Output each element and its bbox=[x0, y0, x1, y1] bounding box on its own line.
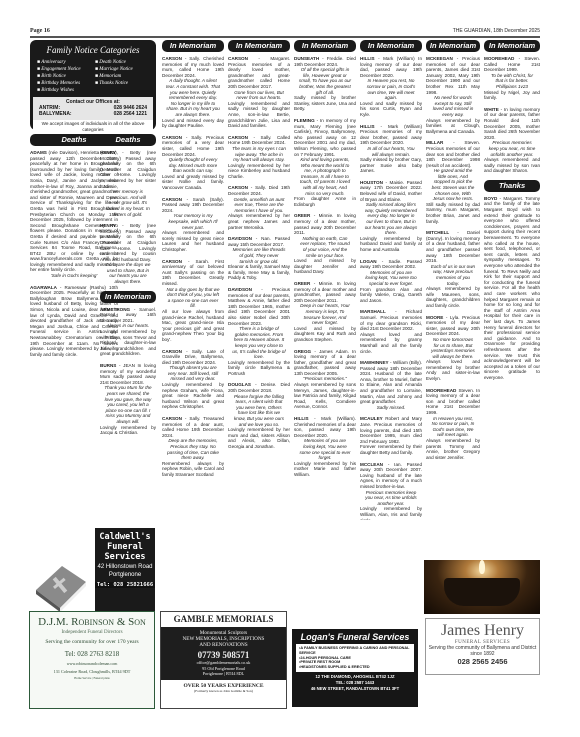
memoriam-banner-col5: In Memoriam bbox=[294, 40, 356, 52]
notice-entry: GREGG - James Adam. In loving memory of … bbox=[294, 349, 356, 411]
notice-signoff: Lovingly remembered by his mother Marie … bbox=[294, 461, 356, 478]
robinson-address: 131 Coleraine Road, Cloughmills, BT44 9D… bbox=[30, 669, 154, 674]
notice-entry: ARMSTRONG - Samuel. Passed away 16th Dec… bbox=[100, 307, 156, 357]
notice-verse: Thank you Mum for the years we shared, t… bbox=[100, 385, 156, 424]
notice-verse: To be with Christ, for that is far bette… bbox=[484, 73, 540, 90]
notice-verse: A daily thought. A silent tear. A consta… bbox=[162, 78, 224, 117]
notice-verse: Gone are the days we used to share, But … bbox=[100, 262, 156, 284]
notice-entry: MCAULEY Robert and Mary Jane. Precious m… bbox=[360, 416, 422, 455]
notice-entry: HILLIS - Mark (William) Precious memorie… bbox=[360, 124, 422, 174]
category-item: Marriage Notice bbox=[95, 66, 153, 73]
notice-entry: CARSON - Margaret. Precious memories of … bbox=[228, 56, 290, 129]
notice-entry: MCKEEGAN - Precious memories of our dear… bbox=[426, 56, 480, 134]
notice-entry: CARSON - Sally. Late of Granville Drive,… bbox=[162, 349, 224, 411]
category-item: Memoriam bbox=[95, 73, 153, 80]
category-item: Engagement Notice bbox=[37, 66, 95, 73]
notice-signoff: Loved and missed by daughter Jennifer an… bbox=[294, 258, 356, 275]
notice-signoff: Lovingly remembered by her niece Kimberl… bbox=[228, 163, 290, 180]
notice-entry: DOUGLAS - Denise. Died 20th December 201… bbox=[228, 382, 290, 449]
notice-verse: Deep in our hearts, Your memory is kept,… bbox=[294, 303, 356, 325]
notice-entry: LOGAN - Sadie. Passed away 19th December… bbox=[360, 259, 422, 304]
notice-entry: MILLAR - Steven. Precious memories of ou… bbox=[426, 140, 480, 224]
robinson-phone: Tel: 028 2763 8218 bbox=[30, 650, 154, 658]
notice-surname: MCKEEGAN bbox=[426, 56, 457, 61]
category-item: Thanks Notice bbox=[95, 80, 153, 87]
memoriam-banner-col6: In Memoriam bbox=[360, 40, 422, 52]
notice-surname: DAVIDSON bbox=[228, 236, 256, 241]
notice-surname: HENRY bbox=[100, 150, 122, 155]
notice-signoff: Missed by Nigel, Joy and family. bbox=[484, 90, 540, 101]
notice-verse: Memories are like threads of gold, They … bbox=[228, 247, 290, 264]
notice-signoff: Lovingly remembered by wife Elma, sons T… bbox=[100, 329, 156, 357]
logan-title: Logan's Funeral Services bbox=[292, 632, 418, 642]
notice-entry: MAWHINNEY - William (Billy). Passed away… bbox=[360, 360, 422, 410]
notice-signoff: Lovingly remembered by the family circle… bbox=[228, 360, 290, 377]
candle-flame-icon bbox=[479, 560, 485, 574]
caldwell-name: Caldwell's Funeral Services bbox=[95, 532, 155, 562]
notice-signoff: Sadly missed by brother Gary, partner Su… bbox=[360, 157, 422, 174]
notice-entry: DAVIDSON - Nan. Passed away 15th Decembe… bbox=[228, 236, 290, 281]
notice-entry: CARSON - Sally. Died 19th December 2024.… bbox=[228, 185, 290, 230]
notice-verse: Her memory is precious. And will never g… bbox=[100, 189, 156, 217]
notice-entry: MOOREHEAD - Steven. Called Home 21st Dec… bbox=[484, 56, 540, 101]
notice-signoff: Lovingly remembered by husband David and… bbox=[360, 236, 422, 253]
notice-verse: Please forgive the falling tears, A sile… bbox=[228, 394, 290, 428]
james-henry-phone: 028 2565 2456 bbox=[426, 657, 539, 666]
notice-signoff: Always remembered by parents Tommy and A… bbox=[426, 438, 480, 460]
thanks-banner: Thanks bbox=[484, 180, 540, 192]
notice-signoff: Loved and missed by daughters Kay and Ru… bbox=[294, 326, 356, 343]
notice-surname: ADAMS bbox=[30, 150, 49, 155]
notice-surname: CARSON bbox=[162, 416, 185, 421]
notice-entry: DUNSEATH - Freddie. Died 19th December 2… bbox=[294, 56, 356, 112]
notice-surname: HOUSTON bbox=[360, 180, 385, 185]
notice-signoff: Always remembered and sorely missed by g… bbox=[162, 230, 224, 252]
robinson-serving: Serving the community for over 170 years bbox=[30, 639, 154, 645]
notice-verse: In all of our hearts, You will always re… bbox=[360, 146, 422, 157]
notice-verse: Nothing on earth, Can ever replace, The … bbox=[294, 236, 356, 258]
notice-entry: MCCLEAN - Ian. Passed away 20th December… bbox=[360, 462, 422, 520]
robinson-name: D.J.M. Robinson & Son bbox=[30, 616, 154, 628]
notice-verse: In Heaven you rest, No sorrow or pain, I… bbox=[360, 78, 422, 100]
notice-entry: BOYD - Margaret. Tommy and the family of… bbox=[484, 196, 540, 381]
notice-signoff: Lovingly remembered and sadly missed by … bbox=[228, 101, 290, 129]
robinson-services: Home Service | Funeral plans bbox=[30, 676, 154, 680]
robinson-website: www.robinsonandcoleman.com bbox=[30, 661, 154, 666]
notice-signoff: Loved and sadly missed by his sons Curti… bbox=[360, 101, 422, 118]
notice-surname: CARSON bbox=[162, 56, 185, 61]
notice-signoff: Always remembered and sadly missed by so… bbox=[484, 157, 540, 174]
contact-offices: Contact our Offices at: ANTRIM:028 9446 … bbox=[33, 97, 153, 120]
notice-surname: WHITE bbox=[484, 107, 501, 112]
memoriam-banner-col2: In Memoriam bbox=[100, 291, 156, 303]
notice-entry: DAVIDSON - Precious memories of our dear… bbox=[228, 287, 290, 377]
notice-verse: Not a day goes by that we don't think of… bbox=[162, 287, 224, 309]
notice-verse: Precious memories keep you near, As time… bbox=[360, 490, 422, 507]
notice-surname: BURNS bbox=[100, 363, 119, 368]
notice-verse: Sadly missed. bbox=[360, 405, 422, 411]
notice-entry: CARSON - Sarah (Sally). Passed away 19th… bbox=[162, 197, 224, 253]
notice-signoff: All our love always from grand-niece Rac… bbox=[162, 309, 224, 343]
notice-verse: Though absent you are very near. Still l… bbox=[162, 365, 224, 382]
notice-signoff: From grandson Alan and family Valerie, C… bbox=[360, 287, 422, 304]
notice-verse: Sadly missed along life's way, Quietly r… bbox=[360, 202, 422, 236]
notice-verse: Kind and loving parents, Who meant the w… bbox=[294, 157, 356, 196]
notice-surname: HENRY bbox=[100, 223, 122, 228]
notice-surname: MOOREHEAD bbox=[484, 56, 519, 61]
gamble-phone: 07739 508571 bbox=[161, 650, 286, 660]
column-7: In Memoriam MCKEEGAN - Precious memories… bbox=[426, 40, 480, 466]
categories-title: Family Notice Categories bbox=[33, 45, 153, 55]
notice-entry: MOOREHEAD Steven. In loving memory of a … bbox=[426, 388, 480, 461]
notice-entry: MARSHALL - Richard Samuel. Precious memo… bbox=[360, 309, 422, 354]
gamble-title: GAMBLE MEMORIALS bbox=[161, 614, 286, 624]
notice-surname: GREGG bbox=[294, 349, 314, 354]
notice-verse: There is a bridge of golden memories. Fr… bbox=[228, 326, 290, 360]
notice-surname: GREER bbox=[294, 281, 314, 286]
notice-entry: CARSON - Sally. Treasured memories of a … bbox=[162, 416, 224, 478]
notice-signoff: Lovingly remembered by nephew Graham, wi… bbox=[162, 382, 224, 410]
notice-entry: WHITE - In loving memory of our dear par… bbox=[484, 107, 540, 174]
notice-surname: CARSON bbox=[162, 259, 188, 264]
column-4: In Memoriam CARSON - Margaret. Precious … bbox=[228, 40, 290, 456]
memoriam-banner-col7: In Memoriam bbox=[426, 40, 480, 52]
notice-surname: DAVIDSON bbox=[228, 287, 261, 292]
logan-funeral-ad[interactable]: Logan's Funeral Services •A FAMILY BUSIN… bbox=[292, 629, 418, 707]
notice-surname: MILLAR bbox=[426, 140, 453, 145]
accept-images-note: We accept images of individuals in all o… bbox=[33, 120, 153, 134]
notice-signoff: Always remembered by her great nephew Ja… bbox=[228, 213, 290, 230]
notice-surname: MOOREHEAD bbox=[426, 388, 458, 393]
robinson-funeral-ad[interactable]: D.J.M. Robinson & Son Independent Funera… bbox=[29, 611, 155, 709]
notice-surname: CARSON bbox=[162, 349, 186, 354]
notice-surname: MARSHALL bbox=[360, 309, 395, 314]
category-item: Birthday Memories bbox=[37, 80, 95, 87]
notice-verse: Each of us in our own way, Have precious… bbox=[426, 264, 480, 286]
notice-verse: No need for words except to say, Still l… bbox=[426, 95, 480, 117]
notice-signoff: Forever remembered by their daughter Bet… bbox=[360, 444, 422, 455]
gamble-memorials-ad[interactable]: GAMBLE MEMORIALS Monumental Sculptors NE… bbox=[160, 611, 287, 709]
notice-verse: Of all the special gifts in life, Howeve… bbox=[294, 67, 356, 95]
notice-entry: MITCHELL - Daniel (Danny). In loving mem… bbox=[426, 230, 480, 308]
deaths-banner-2: Deaths bbox=[100, 134, 156, 146]
notice-signoff: Loved and greatly missed by sister Nolli… bbox=[162, 174, 224, 191]
robinson-subtitle: Independent Funeral Directors bbox=[30, 630, 154, 635]
category-item: Birthday Wishes bbox=[37, 87, 95, 94]
notice-signoff: Always loved and remembered by granny Ma… bbox=[360, 332, 422, 354]
notice-verse: In Heaven you rest, No sorrow or pain, I… bbox=[426, 416, 480, 438]
notice-signoff: Lovingly remembered by her mum and dad, … bbox=[228, 427, 290, 449]
notice-surname: LOGAN bbox=[360, 259, 382, 264]
notice-surname: AGARWALA bbox=[30, 285, 60, 290]
james-henry-ad[interactable]: James Henry FUNERAL SERVICES Serving the… bbox=[425, 618, 540, 675]
notice-entry: HILLIS - Mark (William) In loving memory… bbox=[360, 56, 422, 118]
notice-surname: BOYD bbox=[484, 196, 500, 201]
notice-entry: CARSON - Sally. Called Home 19th Decembe… bbox=[228, 135, 290, 180]
category-item: Death Notice bbox=[95, 59, 153, 66]
page-number: Page 16 bbox=[30, 28, 50, 34]
notice-entry: HENRY - Betty (nee McCleery) Passed away… bbox=[100, 150, 156, 217]
memoriam-banner-col3: In Memoriam bbox=[162, 40, 224, 52]
notice-signoff: Always loved and remembered by brother A… bbox=[426, 359, 480, 381]
notice-verse: Your memory is my keepsake, with which I… bbox=[162, 213, 224, 230]
notice-surname: MOORE bbox=[426, 315, 446, 320]
notice-verse: Gone from our lives, But never from our … bbox=[228, 90, 290, 101]
memoriam-banner-col4: In Memoriam bbox=[228, 40, 290, 52]
memoriam-banner-col8: In Memoriam bbox=[484, 40, 540, 52]
column-6: In Memoriam HILLIS - Mark (William) In l… bbox=[360, 40, 422, 520]
notice-signoff: Lovingly remembered by William, Alan, Ir… bbox=[360, 506, 422, 520]
notice-entry: HOUSTON - Maisie. Passed away 17th Decem… bbox=[360, 180, 422, 253]
notice-surname: CARSON bbox=[162, 197, 187, 202]
notice-surname: CARSON bbox=[228, 56, 258, 61]
category-item: Anniversary bbox=[37, 59, 95, 66]
logan-services-list: •A FAMILY BUSINESS OFFERING A CARING AND… bbox=[296, 644, 414, 672]
notice-verse: He gazed amid the little ones, And stopp… bbox=[426, 168, 480, 202]
notice-signoff: Remembered always by nephew Robin, wife … bbox=[162, 461, 224, 478]
category-item: Birth Notice bbox=[37, 73, 95, 80]
notice-entry: CARSON - Sally. Precious memories of a v… bbox=[162, 135, 224, 191]
caldwell-address: 42 Hillonstown Road Portglenone bbox=[95, 564, 155, 579]
notice-signoff: Always remembered by wife Maureen, sons,… bbox=[426, 286, 480, 308]
notice-entry: GREER - Minnie. In loving memory of a de… bbox=[294, 213, 356, 275]
categories-list: AnniversaryDeath NoticeEngagement Notice… bbox=[33, 59, 153, 94]
notice-signoff: Always remembered by families at Clough,… bbox=[426, 118, 480, 135]
bible-icon bbox=[32, 560, 88, 612]
james-henry-name: James Henry bbox=[426, 622, 539, 640]
notice-entry: MOORE - Lyla. Precious memories of my de… bbox=[426, 315, 480, 382]
notice-surname: HILLIS bbox=[294, 416, 314, 421]
notice-surname: DUNSEATH bbox=[294, 56, 322, 61]
notice-surname: ARMSTRONG bbox=[100, 307, 134, 312]
notice-entry: CARSON - Sally. Cherished memories of my… bbox=[162, 56, 224, 129]
notice-verse: Precious memories keep you near, As time… bbox=[484, 140, 540, 157]
column-8: In Memoriam MOOREHEAD - Steven. Called H… bbox=[484, 40, 540, 386]
notice-entry: HILLIS - Mark (William). Cherished memor… bbox=[294, 416, 356, 478]
notice-entry: HENRY - Betty (nee McCleery) Passed away… bbox=[100, 223, 156, 285]
notice-signoff: From daughter Anne in Edinburgh bbox=[294, 196, 356, 207]
notice-surname: FLEMING bbox=[294, 118, 317, 123]
publication-date: THE GUARDIAN, 18th December 2025 bbox=[453, 28, 540, 34]
notice-signoff: Sadly missed by brother Stanley, sisters… bbox=[294, 95, 356, 112]
notice-verse: The tears in my eyes I can wipe away. Th… bbox=[228, 146, 290, 163]
notice-entry: GREER - Minnie. In loving memory of a de… bbox=[294, 281, 356, 343]
notice-surname: HILLIS bbox=[360, 56, 378, 61]
candle-image bbox=[424, 560, 540, 614]
notice-surname: CARSON bbox=[228, 135, 253, 140]
notice-verse: Memories of you are loving kept, You wer… bbox=[294, 438, 356, 460]
notice-signoff: Lovingly remembered by Jacqui & Christia… bbox=[100, 425, 156, 436]
notice-surname: DOUGLAS bbox=[228, 382, 255, 387]
notice-signoff: Loved and missed every day by daughter P… bbox=[162, 118, 224, 129]
column-5: In Memoriam DUNSEATH - Freddie. Died 19t… bbox=[294, 40, 356, 484]
notice-surname: MCAULEY bbox=[360, 416, 385, 421]
caldwell-phone: Tel: 028 25821666 bbox=[95, 582, 155, 588]
column-3: In Memoriam CARSON - Sally. Cherished me… bbox=[162, 40, 224, 484]
notice-surname: MITCHELL bbox=[426, 230, 457, 235]
gamble-details: Monumental Sculptors NEW MEMORIALS, INSC… bbox=[161, 627, 286, 680]
notice-entry: CARSON - Sarah. First anniversary of our… bbox=[162, 259, 224, 343]
notice-surname: GREER bbox=[294, 213, 314, 218]
notice-signoff: Always remembered by sons Mervyn, James,… bbox=[294, 382, 356, 410]
notice-surname: MCCLEAN bbox=[360, 462, 388, 467]
notice-signoff: Still sadly missed by dad Sammy, mum Mar… bbox=[426, 202, 480, 224]
notice-verse: No more tomorrows for us to share, But y… bbox=[426, 337, 480, 359]
family-notice-categories: Family Notice Categories AnniversaryDeat… bbox=[30, 40, 156, 130]
notice-verse: Memories of you are loving kept, You wer… bbox=[360, 270, 422, 287]
caldwell-funeral-ad[interactable]: Caldwell's Funeral Services 42 Hillonsto… bbox=[95, 528, 155, 616]
column-2: Deaths HENRY - Betty (nee McCleery) Pass… bbox=[100, 134, 156, 442]
office-ballymena: BALLYMENA:028 2564 1221 bbox=[39, 111, 147, 117]
notice-verse: Deep are the memories, Precious they sta… bbox=[162, 438, 224, 460]
notice-surname: MAWHINNEY bbox=[360, 360, 390, 365]
notice-entry: BURNS - JEAN In loving memory of my wond… bbox=[100, 363, 156, 436]
notice-signoff: Eleanor & family, Samuel May & family, I… bbox=[228, 264, 290, 281]
header-rule bbox=[30, 36, 540, 38]
notice-verse: Quietly thought of every day. Missed muc… bbox=[162, 157, 224, 174]
notice-surname: CARSON bbox=[162, 135, 186, 140]
notice-surname: CARSON bbox=[228, 185, 251, 190]
notice-entry: FLEMING - In memory of my mum, Mary Flem… bbox=[294, 118, 356, 208]
notice-verse: Gentle, unselfish an aunt ever true, The… bbox=[228, 197, 290, 214]
notice-surname: HILLIS bbox=[360, 124, 381, 129]
